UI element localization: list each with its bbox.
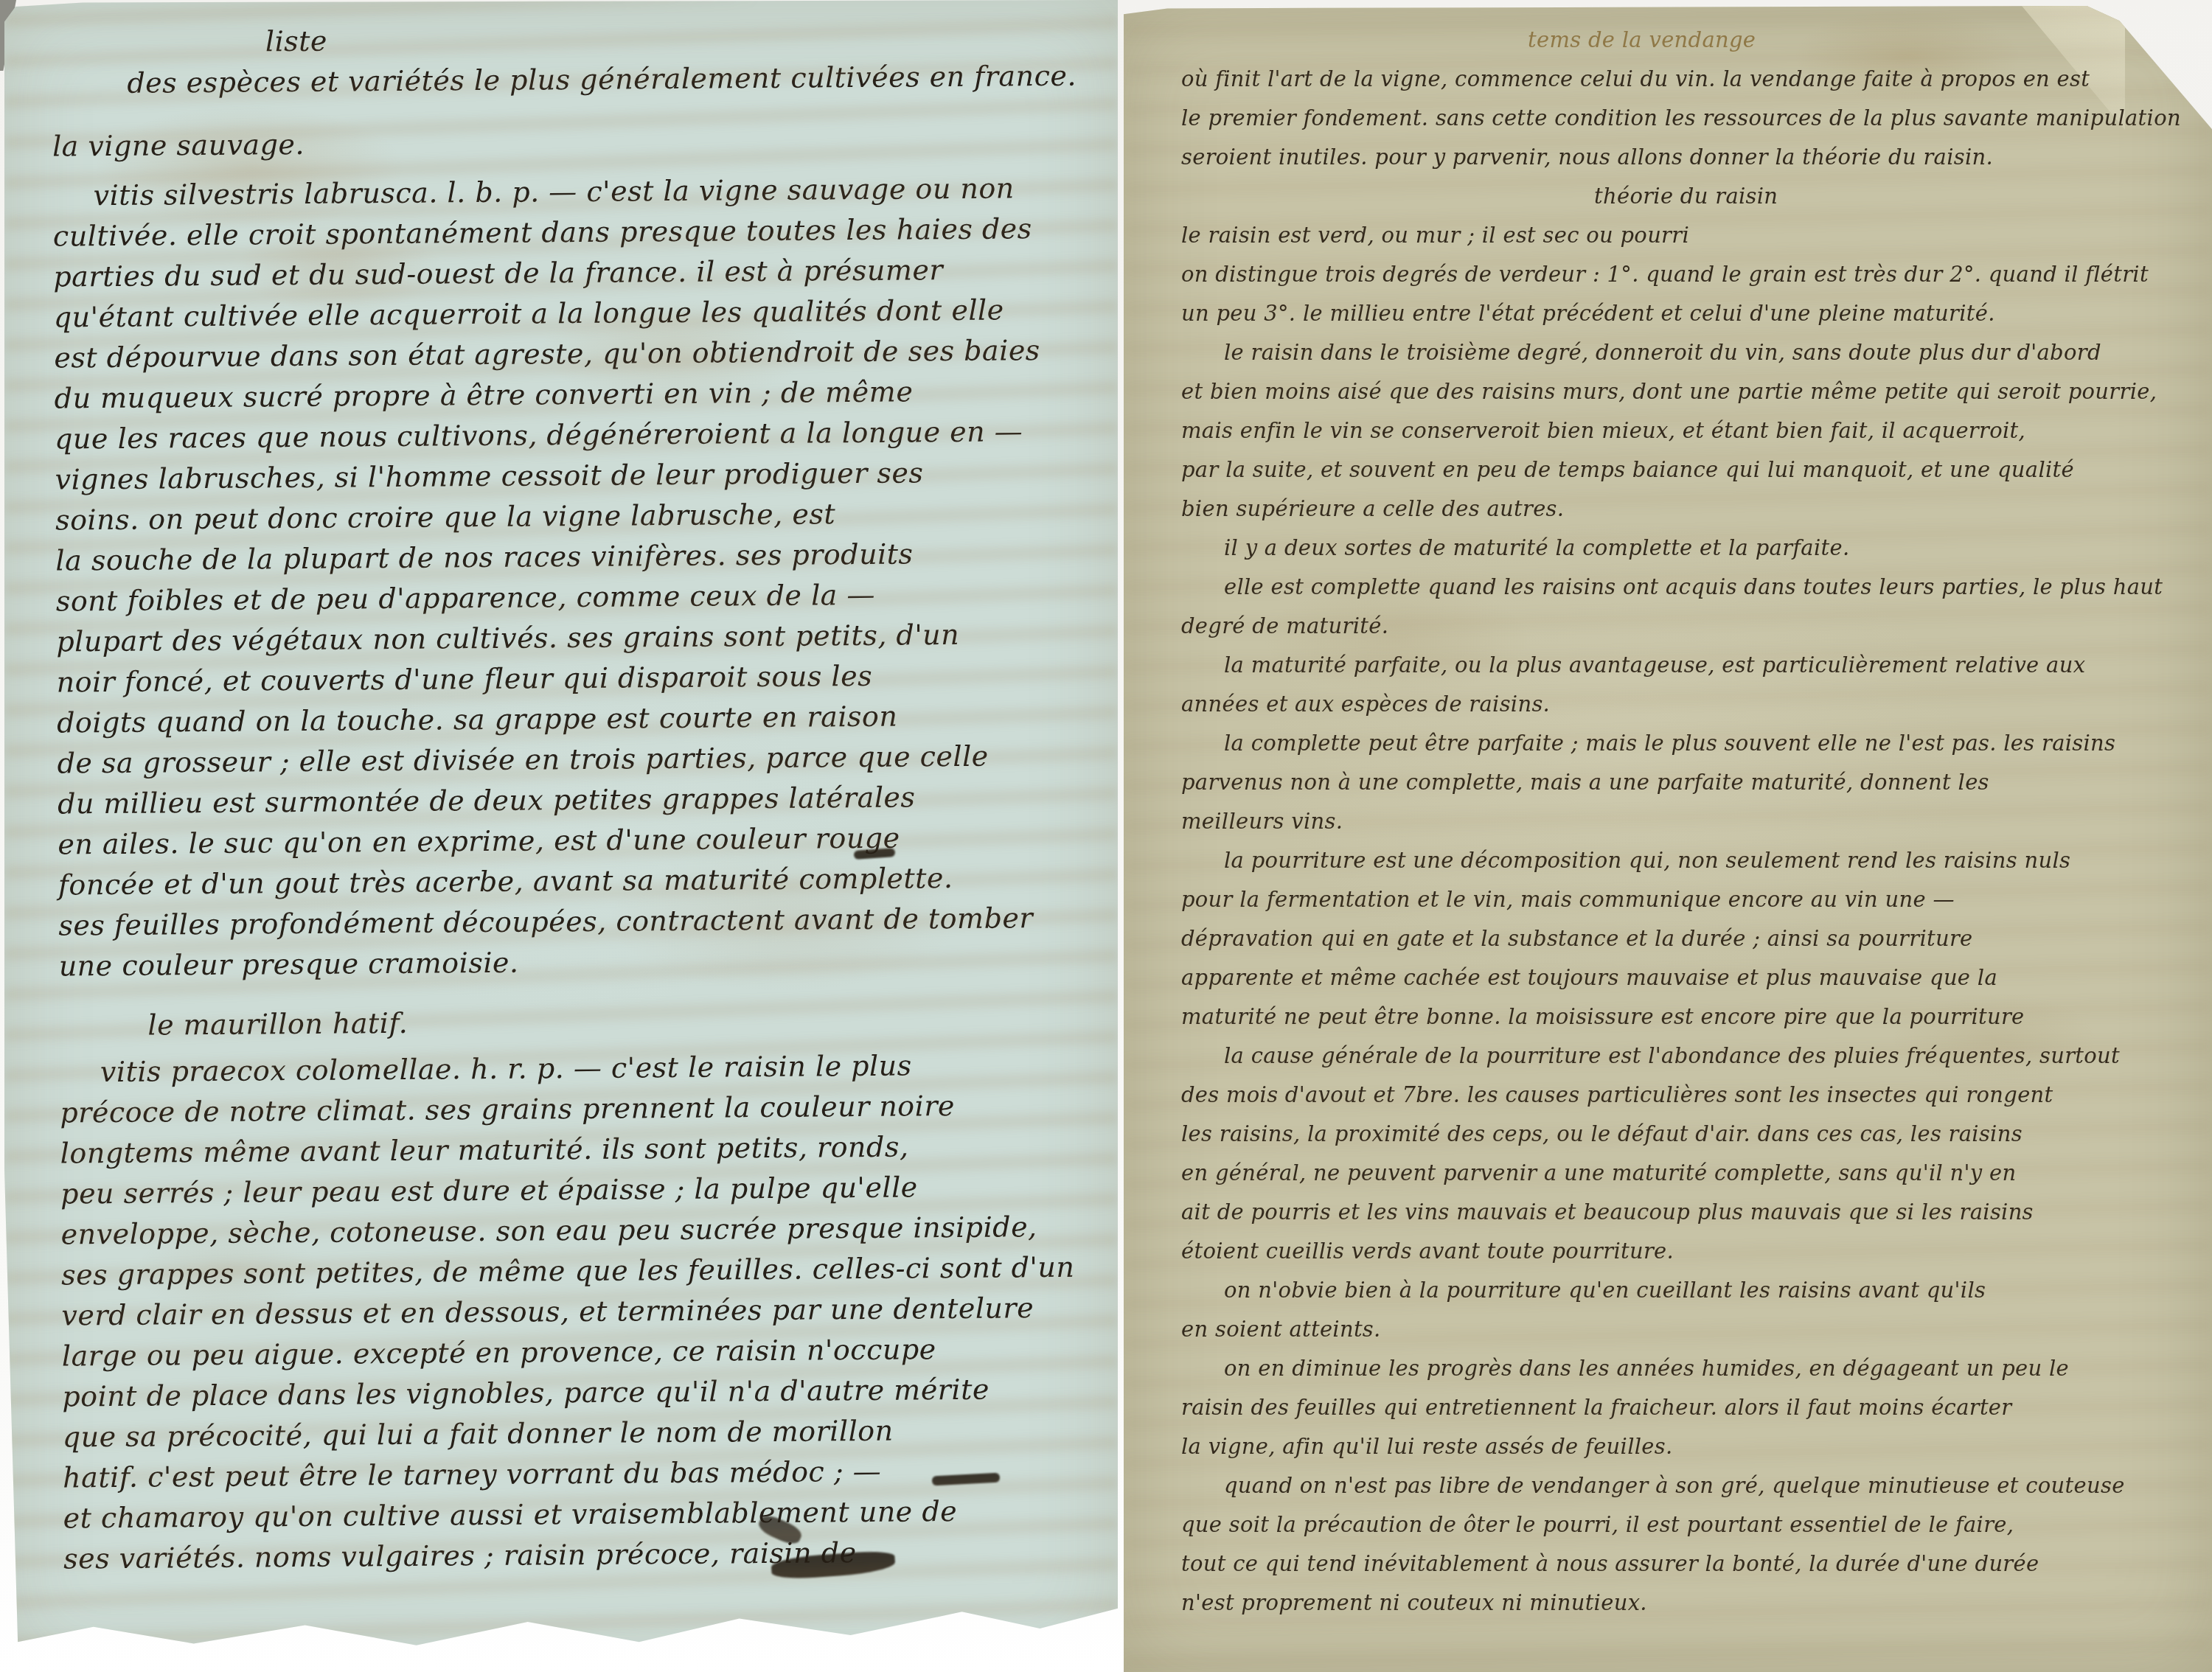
left-manuscript-page: liste des espèces et variétés le plus gé… bbox=[4, 0, 1118, 1672]
left-page-text: liste des espèces et variétés le plus gé… bbox=[52, 15, 1104, 1579]
section-heading-maurillon-hatif: le maurillon hatif. bbox=[59, 978, 1099, 1052]
manuscript-line: des mois d'avout et 7bre. les causes par… bbox=[1181, 1076, 2202, 1115]
right-manuscript-page: tems de la vendange où finit l'art de la… bbox=[1124, 6, 2212, 1672]
manuscript-line: le raisin dans le troisième degré, donne… bbox=[1181, 333, 2202, 372]
section-heading-theorie-raisin: théorie du raisin bbox=[1181, 177, 2202, 216]
manuscript-line: tout ce qui tend inévitablement à nous a… bbox=[1181, 1544, 2202, 1584]
manuscript-line: apparente et même cachée est toujours ma… bbox=[1181, 958, 2202, 997]
manuscript-line: il y a deux sortes de maturité la comple… bbox=[1181, 529, 2202, 568]
manuscript-line: parvenus non à une complette, mais a une… bbox=[1181, 763, 2202, 802]
manuscript-line: seroient inutiles. pour y parvenir, nous… bbox=[1181, 138, 2202, 177]
manuscript-line: degré de maturité. bbox=[1181, 607, 2202, 646]
manuscript-line: que les races que nous cultivons, dégéné… bbox=[55, 411, 1094, 459]
manuscript-line: précoce de notre climat. ses grains pren… bbox=[60, 1084, 1099, 1133]
manuscript-line: verd clair en dessus et en dessous, et t… bbox=[61, 1287, 1101, 1336]
manuscript-line: ses variétés. noms vulgaires ; raisin pr… bbox=[63, 1530, 1103, 1579]
manuscript-line: en général, ne peuvent parvenir a une ma… bbox=[1181, 1154, 2202, 1193]
manuscript-line: un peu 3°. le millieu entre l'état précé… bbox=[1181, 294, 2202, 333]
manuscript-line: années et aux espèces de raisins. bbox=[1181, 685, 2202, 724]
manuscript-line: le premier fondement. sans cette conditi… bbox=[1181, 99, 2202, 138]
manuscript-line: mais enfin le vin se conserveroit bien m… bbox=[1181, 411, 2202, 450]
manuscript-line: de sa grosseur ; elle est divisée en tro… bbox=[57, 735, 1096, 784]
paragraph-theorie-raisin: le raisin est verd, ou mur ; il est sec … bbox=[1181, 216, 2202, 1623]
manuscript-line: on distingue trois degrés de verdeur : 1… bbox=[1181, 255, 2202, 294]
manuscript-line: la pourriture est une décomposition qui,… bbox=[1181, 841, 2202, 880]
paragraph-intro: où finit l'art de la vigne, commence cel… bbox=[1181, 60, 2202, 177]
page-heading-tems-vendange: tems de la vendange bbox=[1181, 21, 2202, 60]
manuscript-line: étoient cueillis verds avant toute pourr… bbox=[1181, 1232, 2202, 1271]
manuscript-line: ses feuilles profondément découpées, con… bbox=[58, 897, 1098, 946]
manuscript-line: plupart des végétaux non cultivés. ses g… bbox=[56, 613, 1096, 662]
page-subtitle: des espèces et variétés le plus générale… bbox=[52, 55, 1091, 104]
right-page-text: tems de la vendange où finit l'art de la… bbox=[1181, 21, 2202, 1623]
manuscript-line: pour la fermentation et le vin, mais com… bbox=[1181, 880, 2202, 919]
manuscript-line: et bien moins aisé que des raisins murs,… bbox=[1181, 372, 2202, 411]
manuscript-line: la vigne, afin qu'il lui reste assés de … bbox=[1181, 1427, 2202, 1466]
manuscript-line: ait de pourris et les vins mauvais et be… bbox=[1181, 1193, 2202, 1232]
manuscript-line: n'est proprement ni couteux ni minutieux… bbox=[1181, 1584, 2202, 1623]
manuscript-line: point de place dans les vignobles, parce… bbox=[62, 1368, 1102, 1417]
section-heading-vigne-sauvage: la vigne sauvage. bbox=[52, 96, 1093, 167]
manuscript-line: meilleurs vins. bbox=[1181, 802, 2202, 841]
manuscript-line: et chamaroy qu'on cultive aussi et vrais… bbox=[63, 1490, 1102, 1539]
manuscript-line: raisin des feuilles qui entretiennent la… bbox=[1181, 1388, 2202, 1427]
manuscript-line: on en diminue les progrès dans les année… bbox=[1181, 1349, 2202, 1388]
manuscript-line: où finit l'art de la vigne, commence cel… bbox=[1181, 60, 2202, 99]
paragraph-maurillon-hatif: vitis praecox colomellae. h. r. p. — c'e… bbox=[60, 1044, 1104, 1579]
manuscript-line: est dépourvue dans son état agreste, qu'… bbox=[54, 330, 1093, 378]
manuscript-line: les raisins, la proximité des ceps, ou l… bbox=[1181, 1115, 2202, 1154]
manuscript-line: en soient atteints. bbox=[1181, 1310, 2202, 1349]
manuscript-line: elle est complette quand les raisins ont… bbox=[1181, 568, 2202, 607]
manuscript-line: bien supérieure a celle des autres. bbox=[1181, 490, 2202, 529]
manuscript-line: par la suite, et souvent en peu de temps… bbox=[1181, 450, 2202, 490]
scanned-manuscript: { "colors":{ "left_paper":"#cddcd6", "ri… bbox=[0, 0, 2212, 1672]
manuscript-line: que soit la précaution de ôter le pourri… bbox=[1181, 1505, 2202, 1544]
manuscript-line: maturité ne peut être bonne. la moisissu… bbox=[1181, 997, 2202, 1037]
manuscript-line: on n'obvie bien à la pourriture qu'en cu… bbox=[1181, 1271, 2202, 1310]
manuscript-line: la maturité parfaite, ou la plus avantag… bbox=[1181, 646, 2202, 685]
paragraph-vigne-sauvage: vitis silvestris labrusca. l. b. p. — c'… bbox=[52, 159, 1099, 986]
manuscript-line: le raisin est verd, ou mur ; il est sec … bbox=[1181, 216, 2202, 255]
manuscript-line: dépravation qui en gate et la substance … bbox=[1181, 919, 2202, 958]
manuscript-line: la cause générale de la pourriture est l… bbox=[1181, 1037, 2202, 1076]
manuscript-line: quand on n'est pas libre de vendanger à … bbox=[1181, 1466, 2202, 1505]
manuscript-line: la complette peut être parfaite ; mais l… bbox=[1181, 724, 2202, 763]
